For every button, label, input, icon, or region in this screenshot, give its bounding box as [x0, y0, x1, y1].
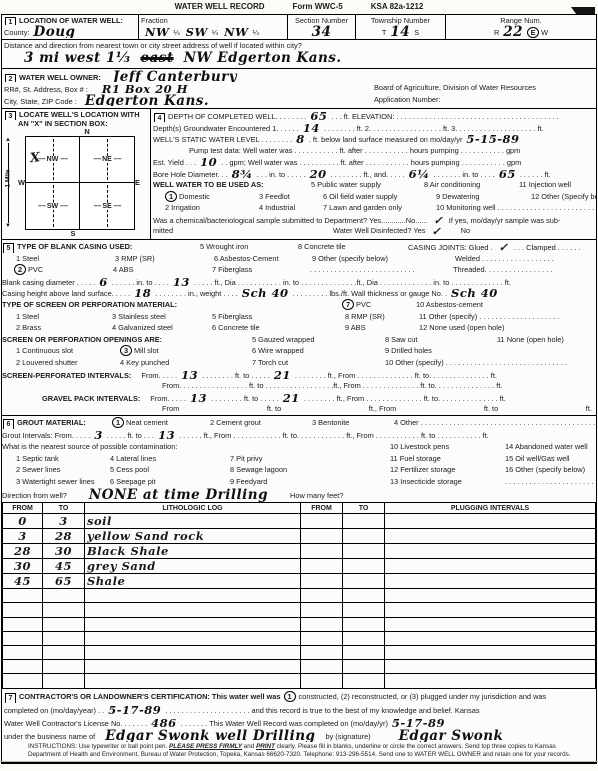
sample-question-cont: If yes, mo/day/yr sample was sub- — [449, 216, 561, 225]
casing-height-line: Casing height above land surface. . . . … — [2, 287, 596, 299]
log-to-value — [43, 589, 85, 603]
bore-depth2-value: 65 — [499, 168, 516, 180]
opt-sewage-lagoon: 8 Sewage lagoon — [230, 464, 390, 476]
plugging-interval-cell — [385, 617, 596, 631]
log-from-header: FROM — [3, 503, 43, 514]
plug-from-cell — [301, 559, 343, 574]
bore-hole-line: Bore Hole Diameter. . .8¾. . . in. to . … — [153, 168, 596, 180]
gpi2-to2: ft. to — [484, 403, 498, 415]
static-level-date: 5-15-89 — [466, 133, 519, 145]
quadrant-ne: NE — [80, 137, 134, 183]
opt-livestock-pens: 10 Livestock pens — [390, 441, 505, 453]
log-from-value — [3, 631, 43, 645]
form-statute: KSA 82a-1212 — [371, 2, 424, 11]
sample-question-wrap: mitted — [153, 225, 333, 237]
static-level-line: WELL'S STATIC WATER LEVEL . . . . . . . … — [153, 133, 596, 145]
section-number-label: Section Number — [290, 16, 353, 25]
gravel-pack-line-2: Fromft. toft., Fromft. toft. — [2, 403, 596, 415]
how-many-feet-label: How many feet? — [290, 491, 343, 500]
certification-title: CONTRACTOR'S OR LANDOWNER'S CERTIFICATIO… — [19, 692, 281, 701]
glued-checkmark: ✓ — [499, 241, 508, 253]
neat-cement-circle: 1 — [112, 417, 124, 428]
quarter-mark: ¼ — [173, 28, 179, 37]
opt-none-open-hole: 11 None (open hole) — [497, 334, 596, 346]
quadrant-nw: XNW — [26, 137, 80, 183]
screen-material-title: TYPE OF SCREEN OR PERFORATION MATERIAL: — [2, 299, 342, 311]
screen-material-row-2: 2 Brass4 Galvanized steel6 Concrete tile… — [2, 322, 596, 334]
business-name-label: under the business name of — [4, 732, 95, 741]
arrow-down-icon: ▼ — [5, 223, 11, 229]
log-description-value: soil — [85, 514, 301, 529]
screen-interval-to-value: 21 — [274, 369, 291, 381]
opt-stainless-steel: 3 Stainless steel — [112, 311, 212, 323]
casing-diameter-line: Blank casing diameter . . . . .6. . . . … — [2, 276, 596, 288]
plugging-interval-cell — [385, 544, 596, 559]
gpi2-to: ft. to — [267, 403, 281, 415]
log-table-header: FROM TO LITHOLOGIC LOG FROM TO PLUGGING … — [3, 503, 596, 514]
form-title-bar: WATER WELL RECORDForm WWC-5KSA 82a-1212 — [0, 0, 598, 13]
gpi-to: . . . . . . . . ft. to . . . . . — [211, 394, 279, 403]
quarter-mark: ¼ — [212, 28, 218, 37]
log-to-value: 45 — [43, 559, 85, 574]
opt-lateral-lines: 4 Lateral lines — [110, 453, 230, 465]
section5-badge: 5 — [3, 243, 14, 253]
form-number: Form WWC-5 — [293, 2, 343, 11]
static-level-label: WELL'S STATIC WATER LEVEL . . . . . . . … — [153, 135, 292, 144]
city-state-zip-label: City, State, ZIP Code : — [4, 97, 77, 106]
opt-wrought-iron: 5 Wrought iron — [200, 241, 298, 253]
sample-checkmark: ✓ — [434, 214, 443, 226]
section1-location-row: 1LOCATION OF WATER WELL: County:Doug Fra… — [2, 15, 596, 40]
yield-label: Est. Yield . . . — [153, 158, 196, 167]
distance-value-struck: east — [140, 50, 173, 66]
use-row-2: 1Domestic3 Feedlot6 Oil field water supp… — [153, 191, 596, 203]
plug-to-cell — [343, 589, 385, 603]
opt-oil-gas-well: 15 Oil well/Gas well — [505, 453, 596, 465]
contamination-row: What is the nearest source of possible c… — [2, 441, 596, 453]
fraction-2-value: SW — [186, 25, 208, 38]
one-mile-rail: ▲ ▼ 1 Mile — [4, 137, 13, 229]
owner-name-value: Jeff Canterbury — [113, 70, 237, 82]
section3-4-row: 3LOCATE WELL'S LOCATION WITH AN "X" IN S… — [2, 109, 596, 240]
contam-other-dots: . . . . . . . . . . . . . . . . . . . . … — [505, 476, 596, 488]
use-title: WELL WATER TO BE USED AS: — [153, 179, 311, 191]
plug-from-cell — [301, 589, 343, 603]
direction-from-well-label: Direction from well? — [2, 491, 67, 500]
plug-from-cell — [301, 674, 343, 688]
opt-other-use: 12 Other (Specify below) — [531, 191, 596, 203]
opt-mill-slot: Mill slot — [134, 346, 159, 355]
range-west: W — [541, 28, 548, 37]
depth-line: 4DEPTH OF COMPLETED WELL. . . . . . . .6… — [153, 110, 596, 122]
contamination-row-2: 2 Sewer lines5 Cess pool8 Sewage lagoon1… — [2, 464, 596, 476]
gravel-pack-from-value: 13 — [190, 392, 207, 404]
groundwater-label: Depth(s) Groundwater Encountered 1. . . … — [153, 124, 299, 133]
quadrant-se-label: SE — [93, 203, 122, 210]
section4-well-data: 4DEPTH OF COMPLETED WELL. . . . . . . .6… — [151, 109, 596, 239]
completed-on-rest: . . . . . . . . . . . . . . . . . . . . … — [165, 706, 479, 715]
constructed-circle: 1 — [284, 691, 296, 702]
section-number-value: 34 — [312, 25, 332, 38]
plugging-interval-cell — [385, 603, 596, 617]
quadrant-sw-label: SW — [37, 203, 68, 210]
opt-monitoring-well: 10 Monitoring well . . . . . . . . . . .… — [436, 202, 596, 214]
contamination-question: What is the nearest source of possible c… — [2, 441, 390, 453]
opt-irrigation: 2 Irrigation — [153, 202, 259, 214]
plug-from-cell — [301, 514, 343, 529]
press-firmly-underlined: PLEASE PRESS FIRMLY — [169, 743, 242, 750]
opt-insecticide-storage: 13 Insecticide storage — [390, 476, 505, 488]
sample-question: Was a chemical/bacteriological sample su… — [153, 216, 428, 225]
opt-brass: 2 Brass — [2, 322, 112, 334]
screen-intervals-label: SCREEN-PERFORATED INTERVALS: — [2, 371, 131, 380]
lithologic-log-header: LITHOLOGIC LOG — [85, 503, 301, 514]
opt-neat-cement-circled: 1Neat cement — [112, 417, 210, 429]
section3-location-box: 3LOCATE WELL'S LOCATION WITH AN "X" IN S… — [2, 109, 151, 239]
opt-wire-wrapped: 6 Wire wrapped — [252, 345, 385, 357]
township-prefix: T — [382, 28, 387, 37]
fraction-cell: Fraction NW¼ SW¼ NW¼ — [139, 15, 288, 39]
log-to-value — [43, 674, 85, 688]
section4-badge: 4 — [154, 113, 165, 122]
compass-south: S — [18, 230, 128, 238]
openings-title: SCREEN OR PERFORATION OPENINGS ARE: — [2, 334, 252, 346]
record-completed-label: . . . . . . . This Water Well Record was… — [181, 719, 388, 728]
log-row: 0 3 soil — [3, 514, 596, 529]
plug-from-cell — [301, 544, 343, 559]
direction-line: Direction from well?NONE at time Drillin… — [2, 488, 596, 502]
township-direction: S — [414, 28, 419, 37]
log-row: 45 65 Shale — [3, 574, 596, 589]
grout-intervals-label: Grout Intervals: From. . . . . — [2, 431, 90, 440]
address-value: R1 Box 20 H — [102, 82, 188, 94]
grout-mid: . . . . . ft. to . . . — [107, 431, 154, 440]
opt-air-conditioning: 8 Air conditioning — [424, 179, 519, 191]
bore-label: Bore Hole Diameter. . . — [153, 170, 228, 179]
section-quadrant-box: XNW NE SW SE — [25, 136, 135, 230]
opt-public-water-supply: 5 Public water supply — [311, 179, 424, 191]
bore-mid2: . . . . . . . . ft., and. . . . . — [331, 170, 405, 179]
section5-casing: 5TYPE OF BLANK CASING USED:5 Wrought iro… — [2, 240, 596, 416]
domestic-circle: 1 — [165, 191, 177, 202]
opt-neat-cement: Neat cement — [126, 418, 168, 427]
plug-from-cell — [301, 631, 343, 645]
groundwater-rest: . . . . . . . . ft. 2. . . . . . . . . .… — [324, 124, 544, 133]
plugging-interval-cell — [385, 660, 596, 674]
board-of-agriculture-text: Board of Agriculture, Division of Water … — [374, 82, 592, 94]
section-box-wrap: W XNW NE SW SE E — [18, 136, 148, 230]
grout-row: 6GROUT MATERIAL:1Neat cement2 Cement gro… — [2, 417, 596, 429]
casing-weight-value: Sch 40 — [242, 287, 289, 299]
screen-material-row: TYPE OF SCREEN OR PERFORATION MATERIAL:7… — [2, 299, 596, 311]
log-description-value — [85, 603, 301, 617]
opt-gauzed-wrapped: 5 Gauzed wrapped — [252, 334, 385, 346]
openings-row-1: 1 Continuous slot3Mill slot6 Wire wrappe… — [2, 345, 596, 357]
casing-row-c: 2PVC4 ABS7 Fiberglass. . . . . . . . . .… — [2, 264, 596, 276]
log-row — [3, 603, 596, 617]
section7-badge: 7 — [5, 693, 16, 703]
lithologic-log-table: FROM TO LITHOLOGIC LOG FROM TO PLUGGING … — [2, 503, 596, 688]
opt-lawn-garden: 7 Lawn and garden only — [323, 202, 436, 214]
casing-weight-label: . . . . . . . . in., weight . . . . — [155, 289, 238, 298]
section1-badge: 1 — [5, 17, 16, 25]
grout-to-value: 13 — [158, 429, 175, 441]
opt-none-used-open-hole: 12 None used (open hole) — [419, 322, 596, 334]
instructions-part1: INSTRUCTIONS: Use typewriter or ball poi… — [28, 743, 169, 750]
quarter-mark: ¼ — [253, 28, 259, 37]
opt-saw-cut: 8 Saw cut — [385, 334, 497, 346]
joints-glued-label: CASING JOINTS: Glued . — [408, 243, 493, 252]
log-description-value: Black Shale — [85, 544, 301, 559]
opt-fertilizer-storage: 12 Fertilizer storage — [390, 464, 505, 476]
plugging-interval-cell — [385, 514, 596, 529]
license-line: Water Well Contractor's License No. . . … — [4, 716, 594, 729]
opt-abandoned-water-well: 14 Abandoned water well — [505, 441, 596, 453]
opt-sewer-lines: 2 Sewer lines — [2, 464, 110, 476]
opt-septic-tank: 1 Septic tank — [2, 453, 110, 465]
static-level-value: 8 — [296, 133, 305, 145]
log-to-value — [43, 617, 85, 631]
log-row: 28 30 Black Shale — [3, 544, 596, 559]
gpi2-from: From — [162, 403, 179, 415]
opt-grout-other: 4 Other . . . . . . . . . . . . . . . . … — [394, 417, 596, 429]
signature-value: Edgar Swonk — [399, 729, 504, 742]
opt-seepage-pit: 6 Seepage pit — [110, 476, 230, 488]
log-to-value: 65 — [43, 574, 85, 589]
business-name-line: under the business name ofEdgar Swonk we… — [4, 729, 594, 742]
disinfected-label: Water Well Disinfected? Yes — [333, 225, 425, 237]
opt-contam-other: 16 Other (specify below) — [505, 464, 596, 476]
depth-value: 65 — [310, 110, 327, 122]
opt-concrete-tile: 8 Concrete tile — [298, 241, 408, 253]
gpi2-from2: ft., From — [369, 403, 397, 415]
completed-on-line: completed on (mo/day/year) . .5-17-89. .… — [4, 703, 594, 716]
spi-rest: . . . . . . . . ft., From . . . . . . . … — [295, 371, 497, 380]
license-number-value: 486 — [151, 716, 177, 729]
other-casing-dots: . . . . . . . . . . . . . . . . . . . . … — [310, 264, 453, 276]
range-label: Range Num. — [448, 16, 594, 25]
log-description-value: Shale — [85, 574, 301, 589]
opt-screen-rmp: 8 RMP (SR) — [345, 311, 419, 323]
city-state-zip-value: Edgerton Kans. — [85, 94, 209, 106]
opt-domestic-circled: 1Domestic — [153, 191, 259, 203]
plugging-interval-cell — [385, 589, 596, 603]
use-row-1: WELL WATER TO BE USED AS:5 Public water … — [153, 179, 596, 191]
log-description-value — [85, 646, 301, 660]
opt-screen-concrete-tile: 6 Concrete tile — [212, 322, 345, 334]
bore-mid1: . . . in. to . . . . . — [257, 170, 306, 179]
compass-west: W — [18, 137, 25, 229]
direction-value: NONE at time Drilling — [89, 488, 268, 502]
section3-title-line1: LOCATE WELL'S LOCATION WITH — [19, 111, 140, 119]
log-from-value — [3, 589, 43, 603]
range-east-circled: E — [527, 27, 539, 38]
instructions-part2: and — [242, 743, 256, 750]
log-description-value: yellow Sand rock — [85, 529, 301, 544]
grout-intervals-line: Grout Intervals: From. . . . .3. . . . .… — [2, 429, 596, 441]
opt-injection-well: 11 Injection well — [519, 179, 596, 191]
township-label: Township Number — [358, 16, 443, 25]
form-title: WATER WELL RECORD — [175, 2, 265, 11]
log-description-value — [85, 617, 301, 631]
log-from-value: 28 — [3, 544, 43, 559]
plug-to-cell — [343, 574, 385, 589]
openings-row: SCREEN OR PERFORATION OPENINGS ARE:5 Gau… — [2, 334, 596, 346]
section2-badge: 2 — [5, 74, 16, 82]
grout-rest: . . . . . . ft., From . . . . . . . . . … — [179, 431, 489, 440]
address-label: RR#, St. Address, Box # : — [4, 85, 88, 94]
casing-diameter-rest: . . . . . ft., Dia . . . . . . . . . . .… — [194, 278, 511, 287]
joints-threaded-label: Threaded. . . . . . . . . . . . . . . . … — [453, 264, 596, 276]
casing-joints: CASING JOINTS: Glued .✓. . . Clamped . .… — [408, 241, 596, 253]
log-from-value: 30 — [3, 559, 43, 574]
range-prefix: R — [494, 28, 499, 37]
disinfected-checkmark: ✓ — [431, 226, 440, 237]
casing-height-label: Casing height above land surface. . . . … — [2, 289, 130, 298]
distance-value-part2: NW Edgerton Kans. — [184, 50, 342, 66]
instructions-text: INSTRUCTIONS: Use typewriter or ball poi… — [4, 742, 594, 762]
opt-steel-casing: 1 Steel — [2, 253, 115, 265]
opt-asbestos-cement: 6 Asbestos-Cement — [214, 253, 312, 265]
county-value: Doug — [33, 25, 75, 38]
casing-row-b: 1 Steel3 RMP (SR)6 Asbestos-Cement9 Othe… — [2, 253, 596, 265]
log-to-value: 30 — [43, 544, 85, 559]
log-description-value — [85, 589, 301, 603]
county-cell: 1LOCATION OF WATER WELL: County:Doug — [2, 15, 139, 39]
contamination-row-3: 3 Watertight sewer lines6 Seepage pit9 F… — [2, 476, 596, 488]
log-description-value — [85, 660, 301, 674]
scan-bottom-rule — [0, 761, 598, 762]
completed-date-value: 5-17-89 — [108, 703, 161, 716]
water-well-record-scan: { "header": {"title": "WATER WELL RECORD… — [0, 0, 598, 771]
screen-interval-from-value: 13 — [181, 369, 198, 381]
opt-screen-pvc: PVC — [356, 300, 371, 309]
gpi-from: From. . . . . — [150, 394, 186, 403]
log-description-value — [85, 674, 301, 688]
plug-to-cell — [343, 514, 385, 529]
opt-dewatering: 9 Dewatering — [436, 191, 531, 203]
plugging-interval-cell — [385, 646, 596, 660]
bore-post: . . . . . . ft. — [520, 170, 551, 179]
log-row — [3, 660, 596, 674]
opt-feedlot: 3 Feedlot — [259, 191, 323, 203]
openings-row-2: 2 Louvered shutter4 Key punched7 Torch c… — [2, 357, 596, 369]
opt-louvered-shutter: 2 Louvered shutter — [2, 357, 120, 369]
bore-diameter2-value: 6¼ — [409, 168, 430, 180]
log-to-value: 28 — [43, 529, 85, 544]
section7-certification: 7CONTRACTOR'S OR LANDOWNER'S CERTIFICATI… — [2, 689, 596, 763]
elevation-label: . . . ft. ELEVATION: . . . . . . . . . .… — [331, 112, 558, 121]
bore-mid3: . . . . . . . in. to . . . . — [434, 170, 495, 179]
signature-label: by (signature) — [325, 732, 370, 741]
opt-galvanized-steel: 4 Galvanized steel — [112, 322, 212, 334]
opt-feedyard: 9 Feedyard — [230, 476, 390, 488]
log-from-value — [3, 646, 43, 660]
grout-title: GROUT MATERIAL: — [17, 418, 86, 427]
yield-value: 10 — [200, 156, 217, 168]
opt-rmp-sr: 3 RMP (SR) — [115, 253, 214, 265]
license-label: Water Well Contractor's License No. . . … — [4, 719, 147, 728]
plug-to-cell — [343, 646, 385, 660]
plug-to-cell — [343, 544, 385, 559]
yield-line: Est. Yield . . .10. . gpm; Well water wa… — [153, 156, 596, 168]
gauge-value: Sch 40 — [451, 287, 498, 299]
compass-north: N — [26, 128, 148, 136]
business-name-value: Edgar Swonk well Drilling — [105, 729, 315, 742]
plug-from-cell — [301, 617, 343, 631]
plugging-interval-cell — [385, 574, 596, 589]
plug-to-cell — [343, 660, 385, 674]
county-label: County: — [4, 28, 29, 37]
plug-to-cell — [343, 529, 385, 544]
plugging-intervals-header: PLUGGING INTERVALS — [385, 503, 596, 514]
plug-to-header: TO — [343, 503, 385, 514]
log-row: 3 28 yellow Sand rock — [3, 529, 596, 544]
gpi-rest: . . . . . . . . ft., From . . . . . . . … — [304, 394, 506, 403]
gpi2-ft: ft. — [586, 403, 592, 415]
opt-oil-field-water-supply: 6 Oil field water supply — [323, 191, 436, 203]
plug-from-cell — [301, 603, 343, 617]
opt-cess-pool: 5 Cess pool — [110, 464, 230, 476]
groundwater-line: Depth(s) Groundwater Encountered 1. . . … — [153, 122, 596, 134]
casing-diameter-mid: . . . . . . in. to . . . . — [112, 278, 169, 287]
log-from-value — [3, 660, 43, 674]
sample-question-line: Was a chemical/bacteriological sample su… — [153, 214, 596, 226]
plug-from-header: FROM — [301, 503, 343, 514]
mill-slot-circle: 3 — [120, 345, 132, 356]
section-number-cell: Section Number 34 — [288, 15, 356, 39]
opt-domestic: Domestic — [179, 192, 210, 201]
depth-label: DEPTH OF COMPLETED WELL. . . . . . . . — [168, 112, 306, 121]
plugging-interval-cell — [385, 631, 596, 645]
opt-mill-slot-circled: 3Mill slot — [120, 345, 252, 357]
fraction-label: Fraction — [141, 16, 285, 25]
log-to-value — [43, 646, 85, 660]
disinfected-no-label: No — [461, 225, 470, 237]
plug-to-cell — [343, 603, 385, 617]
opt-other-casing: 9 Other (specify below) — [312, 253, 455, 265]
opt-cement-grout: 2 Cement grout — [210, 417, 312, 429]
owner-title: WATER WELL OWNER: — [19, 73, 101, 82]
opt-screen-pvc-circled: 7PVC — [342, 299, 416, 311]
casing-diameter-value: 6 — [99, 276, 108, 288]
opt-abs: 4 ABS — [113, 264, 212, 276]
township-cell: Township Number T14S — [356, 15, 446, 39]
opt-drilled-holes: 9 Drilled holes — [385, 345, 596, 357]
opt-pvc: PVC — [28, 265, 43, 274]
bore-diameter1-value: 8¾ — [232, 168, 253, 180]
opt-screen-fiberglass: 5 Fiberglass — [212, 311, 345, 323]
plug-to-cell — [343, 674, 385, 688]
log-from-value — [3, 674, 43, 688]
log-to-header: TO — [43, 503, 85, 514]
agency-box: Board of Agriculture, Division of Water … — [374, 82, 592, 106]
log-from-value: 0 — [3, 514, 43, 529]
log-from-value — [3, 617, 43, 631]
record-completed-date-value: 5-17-89 — [392, 716, 445, 729]
log-row — [3, 674, 596, 688]
plug-to-cell — [343, 631, 385, 645]
opt-continuous-slot: 1 Continuous slot — [2, 345, 120, 357]
section3-title-line2: AN "X" IN SECTION BOX: — [4, 120, 148, 129]
log-from-value — [3, 603, 43, 617]
quadrant-se: SE — [80, 183, 134, 229]
plugging-interval-cell — [385, 559, 596, 574]
opt-screen-abs: 9 ABS — [345, 322, 419, 334]
static-level-mid: . ft. below land surface measured on mo/… — [309, 135, 463, 144]
log-row — [3, 617, 596, 631]
grout-from-value: 3 — [94, 429, 103, 441]
